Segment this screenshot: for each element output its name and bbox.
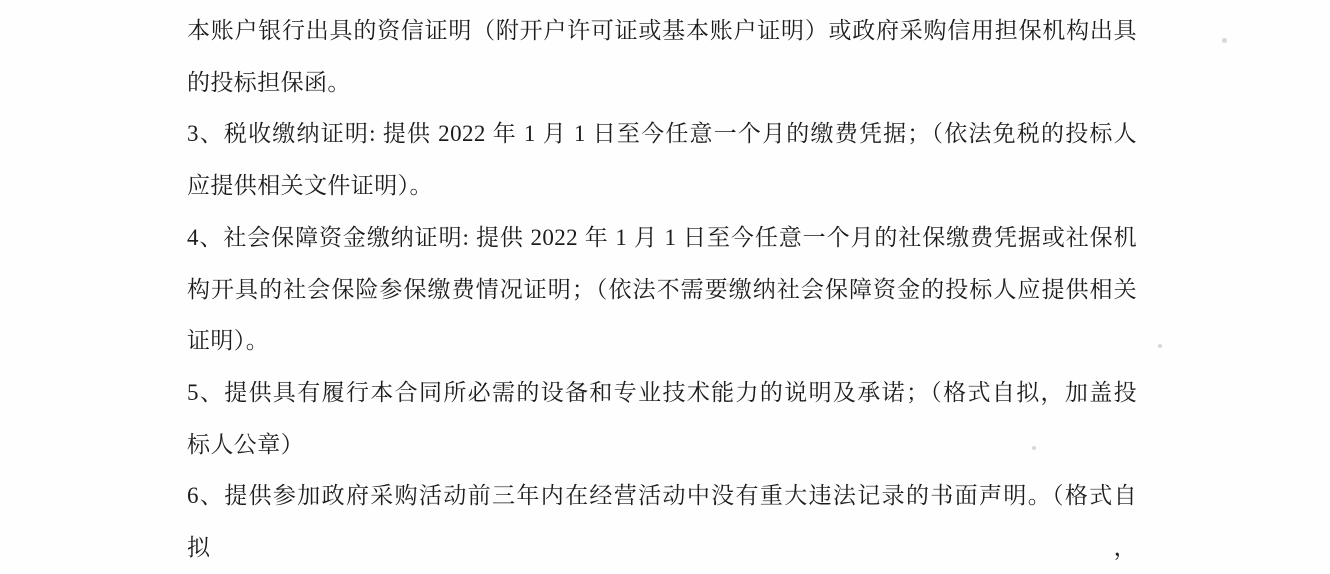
document-line-5: 4、社会保障资金缴纳证明: 提供 2022 年 1 月 1 日至今任意一个月的社… [187, 212, 1137, 264]
document-line-7: 证明）。 [187, 315, 1137, 367]
document-line-9: 标人公章） [187, 419, 1137, 471]
document-line-6: 构开具的社会保险参保缴费情况证明；（依法不需要缴纳社会保障资金的投标人应提供相关 [187, 264, 1137, 316]
scan-artifact-speck [1158, 344, 1162, 348]
document-line-8: 5、提供具有履行本合同所必需的设备和专业技术能力的说明及承诺；（格式自拟，加盖投 [187, 367, 1137, 419]
scan-artifact-speck [1032, 446, 1036, 450]
scan-artifact-speck [726, 283, 729, 286]
document-line-4: 应提供相关文件证明）。 [187, 160, 1137, 212]
document-line-2: 的投标担保函。 [187, 57, 1137, 109]
document-line-3: 3、税收缴纳证明: 提供 2022 年 1 月 1 日至今任意一个月的缴费凭据；… [187, 108, 1137, 160]
document-line-1: 本账户银行出具的资信证明（附开户许可证或基本账户证明）或政府采购信用担保机构出具 [187, 5, 1137, 57]
document-page: 本账户银行出具的资信证明（附开户许可证或基本账户证明）或政府采购信用担保机构出具… [187, 5, 1137, 539]
document-line-10: 6、提供参加政府采购活动前三年内在经营活动中没有重大违法记录的书面声明。（格式自… [187, 470, 1137, 539]
scan-artifact-speck [1222, 38, 1227, 43]
